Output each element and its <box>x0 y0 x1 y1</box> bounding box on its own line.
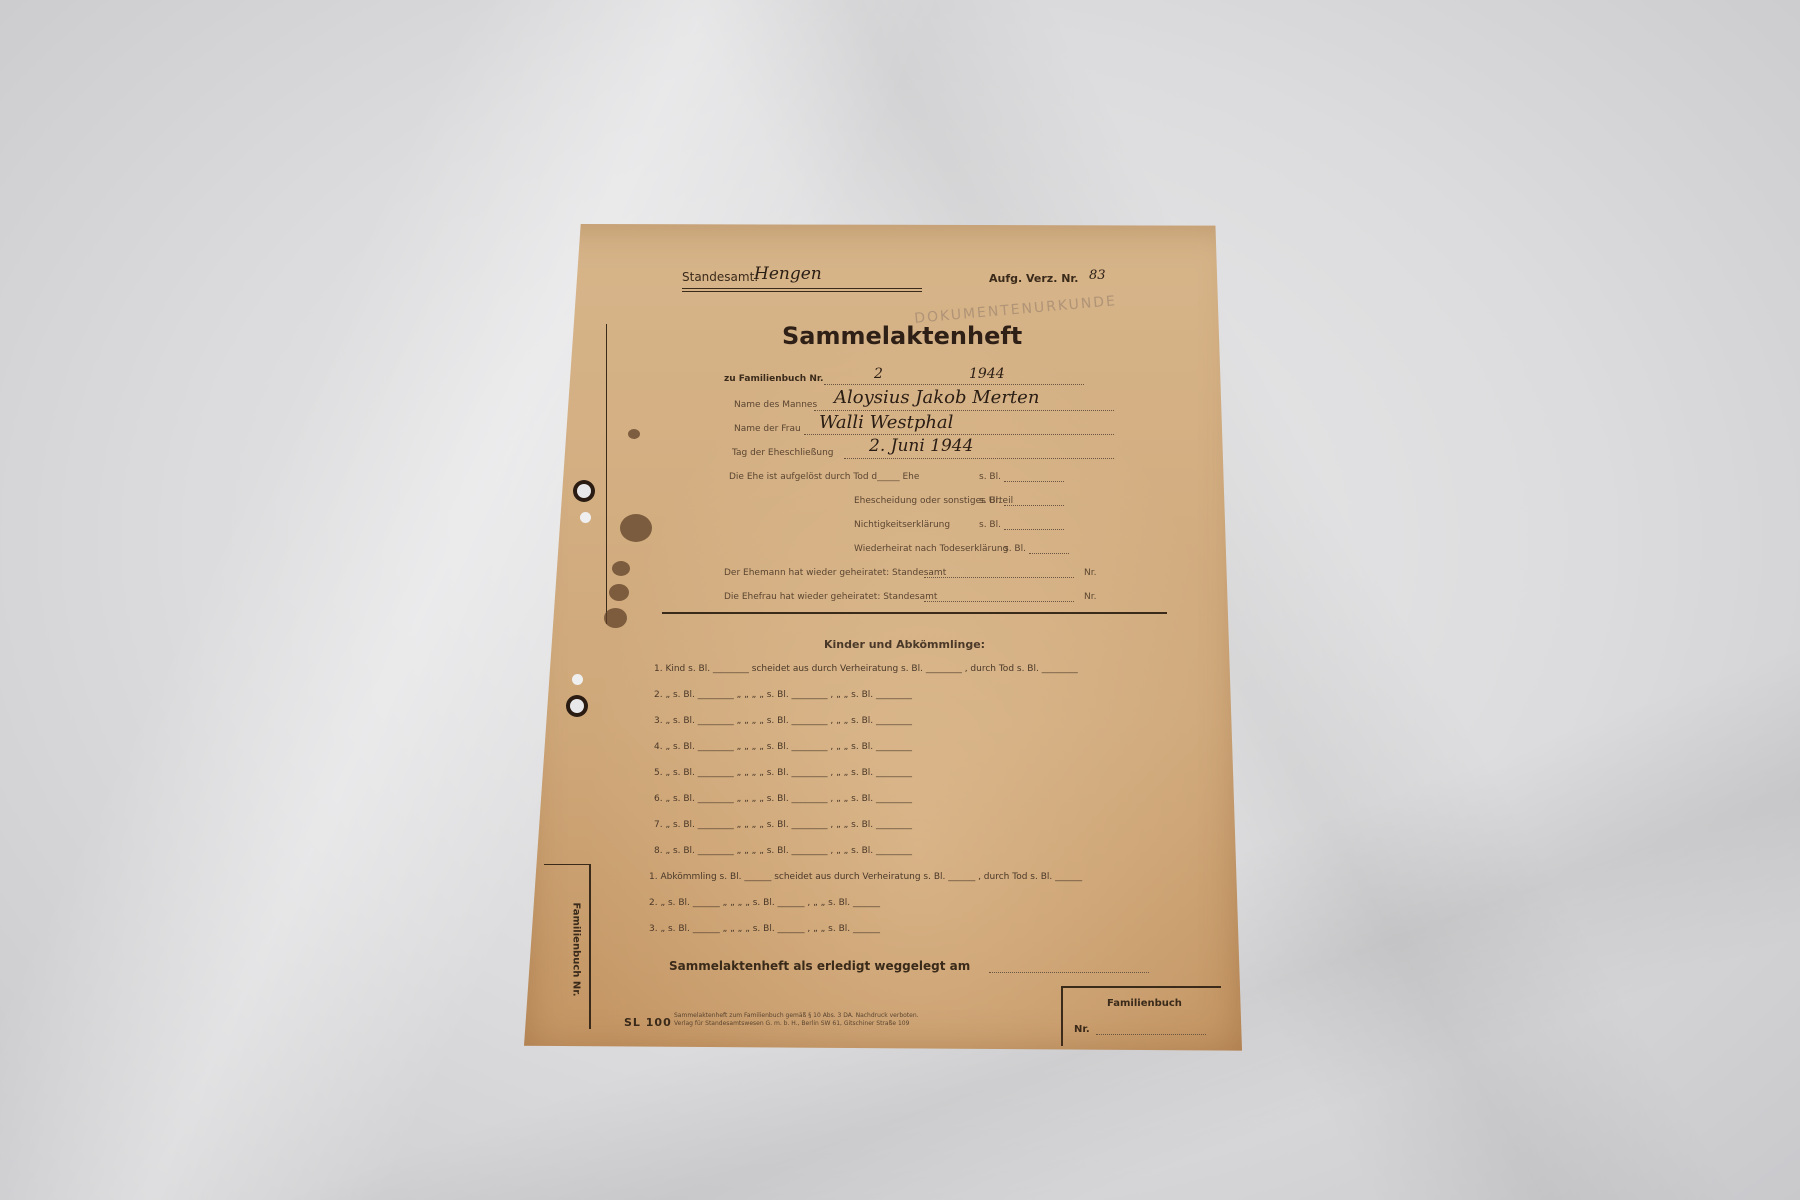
frau-label: Name der Frau <box>734 424 801 434</box>
sbl-2: s. Bl. <box>979 496 1001 506</box>
abkommling-row-3: 3. „ s. Bl. ______ „ „ „ „ s. Bl. ______… <box>649 924 880 934</box>
frau-line <box>804 434 1114 435</box>
sbl-line-4 <box>1029 553 1069 554</box>
abkommling-row-2: 2. „ s. Bl. ______ „ „ „ „ s. Bl. ______… <box>649 898 880 908</box>
form-code: SL 100 <box>624 1016 672 1029</box>
familienbuch-label: zu Familienbuch Nr. <box>724 374 823 384</box>
stain <box>604 608 627 628</box>
page-title: Sammelaktenheft <box>782 322 1022 350</box>
sbl-line-3 <box>1004 529 1064 530</box>
box-left-line <box>1061 986 1063 1046</box>
mann-label: Name des Mannes <box>734 400 817 410</box>
eheschliessung-value: 2. Juni 1944 <box>869 436 973 456</box>
eheschliessung-label: Tag der Eheschließung <box>732 448 834 458</box>
ehefrau-line <box>924 601 1074 602</box>
box-nr: Nr. <box>1074 1024 1090 1035</box>
sbl-3: s. Bl. <box>979 520 1001 530</box>
familienbuch-line <box>824 384 1084 385</box>
punch-hole-top <box>577 484 591 498</box>
abkommling-row-1: 1. Abkömmling s. Bl. ______ scheidet aus… <box>649 872 1082 882</box>
erledigt-line <box>989 972 1149 973</box>
spine-label: Familienbuch Nr. <box>571 902 582 996</box>
punch-hole-bottom-small <box>572 674 583 685</box>
spine-top-line <box>544 864 589 865</box>
kind-row-2: 2. „ s. Bl. ________ „ „ „ „ s. Bl. ____… <box>654 690 912 700</box>
frau-value: Walli Westphal <box>819 412 953 433</box>
kind-row-6: 6. „ s. Bl. ________ „ „ „ „ s. Bl. ____… <box>654 794 912 804</box>
aufg-value: 83 <box>1089 268 1106 283</box>
aufgeloest-wiederheirat: Wiederheirat nach Todeserklärung <box>854 544 1008 554</box>
stain <box>620 514 652 542</box>
ehefrau-wieder: Die Ehefrau hat wieder geheiratet: Stand… <box>724 592 937 602</box>
sbl-line-1 <box>1004 481 1064 482</box>
ehemann-nr: Nr. <box>1084 568 1096 578</box>
stain <box>609 584 629 601</box>
kind-row-3: 3. „ s. Bl. ________ „ „ „ „ s. Bl. ____… <box>654 716 912 726</box>
stain <box>628 429 640 439</box>
sbl-line-2 <box>1004 505 1064 506</box>
kinder-heading: Kinder und Abkömmlinge: <box>824 638 985 651</box>
aufg-label: Aufg. Verz. Nr. <box>989 272 1078 285</box>
sbl-4: s. Bl. <box>1004 544 1026 554</box>
box-top-line <box>1061 986 1221 988</box>
familienbuch-year: 1944 <box>969 366 1005 382</box>
ehefrau-nr: Nr. <box>1084 592 1096 602</box>
box-title: Familienbuch <box>1107 998 1182 1009</box>
footer-line-2: Verlag für Standesamtswesen G. m. b. H.,… <box>674 1020 909 1027</box>
aufgeloest-nichtig: Nichtigkeitserklärung <box>854 520 950 530</box>
document-sheet: Standesamt: Hengen Aufg. Verz. Nr. 83 DO… <box>524 224 1242 1054</box>
spine-right-line <box>589 864 591 1029</box>
kind-row-7: 7. „ s. Bl. ________ „ „ „ „ s. Bl. ____… <box>654 820 912 830</box>
standesamt-underline <box>682 288 922 289</box>
mann-line <box>814 410 1114 411</box>
stain <box>612 561 630 576</box>
punch-hole-top-small <box>580 512 591 523</box>
eheschliessung-line <box>844 458 1114 459</box>
standesamt-underline-2 <box>682 291 922 292</box>
ehemann-line <box>924 577 1074 578</box>
footer-line-1: Sammelaktenheft zum Familienbuch gemäß §… <box>674 1012 919 1019</box>
standesamt-label: Standesamt: <box>682 270 758 284</box>
margin-line <box>606 324 607 624</box>
erledigt-label: Sammelaktenheft als erledigt weggelegt a… <box>669 959 970 973</box>
section-divider <box>662 612 1167 614</box>
kind-row-8: 8. „ s. Bl. ________ „ „ „ „ s. Bl. ____… <box>654 846 912 856</box>
kind-row-1: 1. Kind s. Bl. ________ scheidet aus dur… <box>654 664 1078 674</box>
ehemann-wieder: Der Ehemann hat wieder geheiratet: Stand… <box>724 568 946 578</box>
kind-row-4: 4. „ s. Bl. ________ „ „ „ „ s. Bl. ____… <box>654 742 912 752</box>
mann-value: Aloysius Jakob Merten <box>834 387 1039 408</box>
kind-row-5: 5. „ s. Bl. ________ „ „ „ „ s. Bl. ____… <box>654 768 912 778</box>
standesamt-value: Hengen <box>754 264 822 284</box>
box-nr-line <box>1096 1034 1206 1035</box>
familienbuch-nr: 2 <box>874 366 883 382</box>
punch-hole-bottom <box>570 699 584 713</box>
aufgeloest-tod: Die Ehe ist aufgelöst durch Tod d_____ E… <box>729 472 919 482</box>
sbl-1: s. Bl. <box>979 472 1001 482</box>
